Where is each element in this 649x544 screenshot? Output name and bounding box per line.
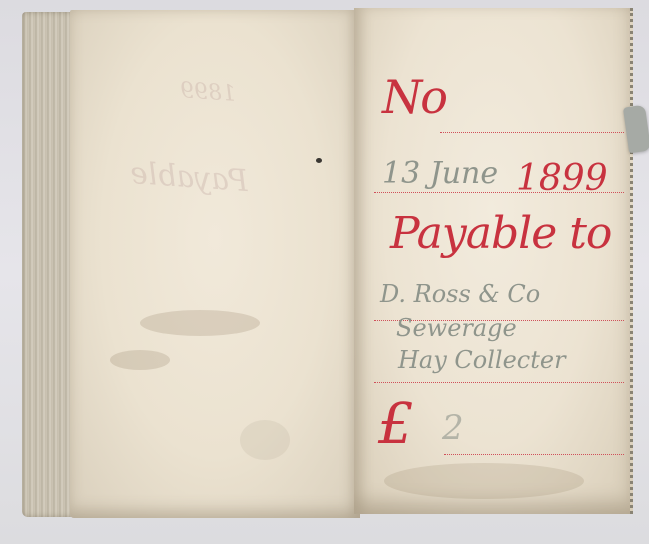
counterfoil-page: No 13 June 1899 Payable to D. Ross & Co … [354,8,633,514]
cheque-book: Payable 1899 No 13 June 1899 Payable to … [22,8,630,523]
date-written: 13 June [382,156,498,191]
payee-line-1: D. Ross & Co [380,280,540,308]
left-page: Payable 1899 [70,10,360,518]
stain [110,350,170,370]
grey-tab [623,105,649,154]
bleed-through-ink: 1899 [179,78,237,107]
bleed-through-ink: Payable [129,156,249,199]
number-line [440,132,624,133]
pound-sign-label: £ [378,392,414,457]
stain [140,310,260,336]
date-line [374,192,624,193]
stain [384,463,584,499]
payee-rule-2 [374,382,624,383]
payee-line-2: Sewerage [396,314,517,342]
stain [240,420,290,460]
number-label: No [382,70,446,124]
payable-to-label: Payable to [390,208,611,259]
amount-line [444,454,624,455]
amount-value: 2 [442,408,464,448]
payee-line-3: Hay Collecter [398,346,566,374]
ink-spot [316,158,322,163]
